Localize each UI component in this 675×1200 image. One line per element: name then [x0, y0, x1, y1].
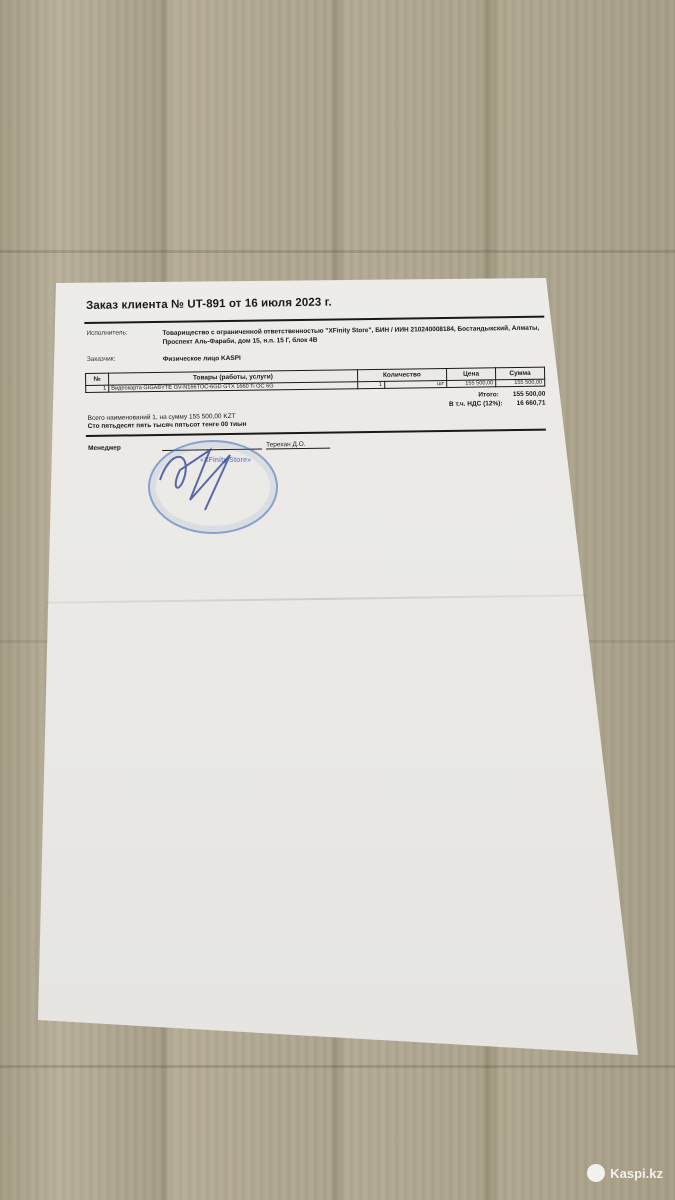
- kaspi-watermark: Kaspi.kz: [587, 1164, 663, 1182]
- col-price: Цена: [446, 368, 495, 381]
- executor-label: Исполнитель:: [86, 329, 162, 348]
- customer-label: Заказчик:: [87, 355, 163, 365]
- items-table: № Товары (работы, услуги) Количество Цен…: [85, 367, 545, 393]
- floor-seam: [0, 1065, 675, 1068]
- floor-seam: [0, 250, 675, 253]
- col-num: №: [86, 373, 109, 385]
- customer-row: Заказчик: Физическое лицо KASPI: [87, 349, 557, 365]
- col-sum: Сумма: [495, 367, 544, 380]
- executor-value: Товарищество с ограниченной ответственно…: [162, 323, 556, 346]
- watermark-text: Kaspi.kz: [610, 1166, 663, 1181]
- divider: [84, 316, 544, 324]
- divider: [86, 429, 546, 437]
- total-value: 155 500,00: [513, 391, 546, 398]
- customer-value: Физическое лицо KASPI: [163, 349, 557, 364]
- kaspi-logo-icon: [587, 1164, 605, 1182]
- order-document: Заказ клиента № UT-891 от 16 июля 2023 г…: [86, 293, 558, 451]
- manager-name: Терехан Д.О.: [266, 440, 330, 449]
- executor-row: Исполнитель: Товарищество с ограниченной…: [86, 323, 556, 348]
- vat-value: 16 660,71: [517, 400, 546, 407]
- total-label: Итого:: [478, 391, 499, 398]
- signature-icon: [150, 440, 260, 520]
- vat-label: В т.ч. НДС (12%):: [449, 400, 503, 408]
